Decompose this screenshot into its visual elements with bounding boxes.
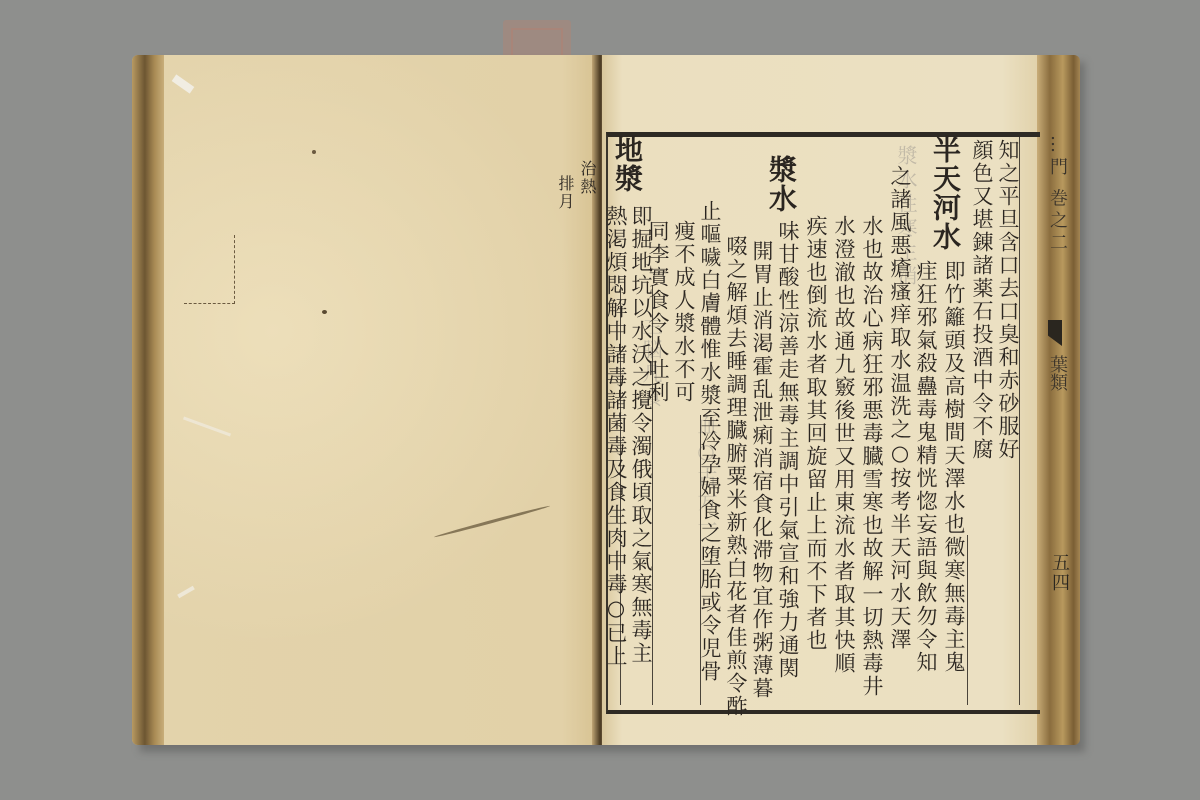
- text-column: 即竹籬頭及高樹間天澤水也微寒無毒主鬼: [940, 260, 967, 674]
- margin-category: 葉類: [1044, 355, 1070, 391]
- faint-ruled-mark: [184, 235, 235, 304]
- text-column: 啜之解煩去睡調理臓腑粟米新熟白花者佳煎令酢: [722, 235, 749, 718]
- text-column: 痩不成人漿水不可: [670, 220, 697, 404]
- text-column: 排月: [552, 175, 579, 211]
- text-column: 之諸風悪瘡瘙痒取水温洗之○按考半天河水天澤: [886, 165, 913, 651]
- column-rule: [967, 535, 968, 705]
- text-column: 水也故治心病狂邪悪毒臓雪寒也故解一切熱毒井: [858, 215, 885, 698]
- text-column: 開胃止消渇霍乱泄痢消宿食化滞物宜作粥薄暮: [748, 240, 775, 700]
- left-page: [132, 55, 600, 745]
- margin-title: …門 巻之二: [1044, 135, 1070, 255]
- text-column: 熱渇煩悶解中諸毒諸菌毒及食生肉中毒○已上: [602, 205, 629, 668]
- stain: [312, 150, 316, 154]
- text-column: 知之平旦含口去口臭和赤砂服好: [994, 139, 1021, 461]
- text-column: 疾速也倒流水者取其回旋留止上而不下者也: [802, 215, 829, 652]
- page-number: 五四: [1046, 553, 1072, 593]
- text-column: 即掘地坑以水沃之攪令濁俄頃取之氣寒無毒主: [627, 205, 654, 665]
- text-column: 顔色又堪錬諸薬石投酒中令不腐: [968, 139, 995, 461]
- crack-line: [434, 505, 551, 539]
- section-heading: 漿水: [768, 155, 795, 213]
- text-column: 味甘酸性涼善走無毒主調中引氣宣和強力通関: [774, 220, 801, 680]
- section-heading: 半天河水: [932, 135, 959, 251]
- section-heading: 地漿: [614, 135, 641, 193]
- text-column: 疰狂邪氣殺蠱毒鬼精恍惚妄語與飲勿令知: [912, 260, 939, 674]
- text-column: 水澄澈也故通九竅後世又用東流水者取其快順: [830, 215, 857, 675]
- paper-tear: [183, 417, 231, 437]
- paper-tear: [177, 586, 195, 598]
- stain: [322, 310, 327, 314]
- open-book: …門 巻之二 葉類 五四 漿水性寒主消 血○古方一 主脳凡食 知之平旦含口去口臭…: [132, 55, 1080, 745]
- text-column: 止嘔噦白膚體惟水漿至冷孕婦食之堕胎或令児骨: [696, 200, 723, 683]
- paper-tear: [172, 74, 195, 93]
- left-page-edge: [132, 55, 164, 745]
